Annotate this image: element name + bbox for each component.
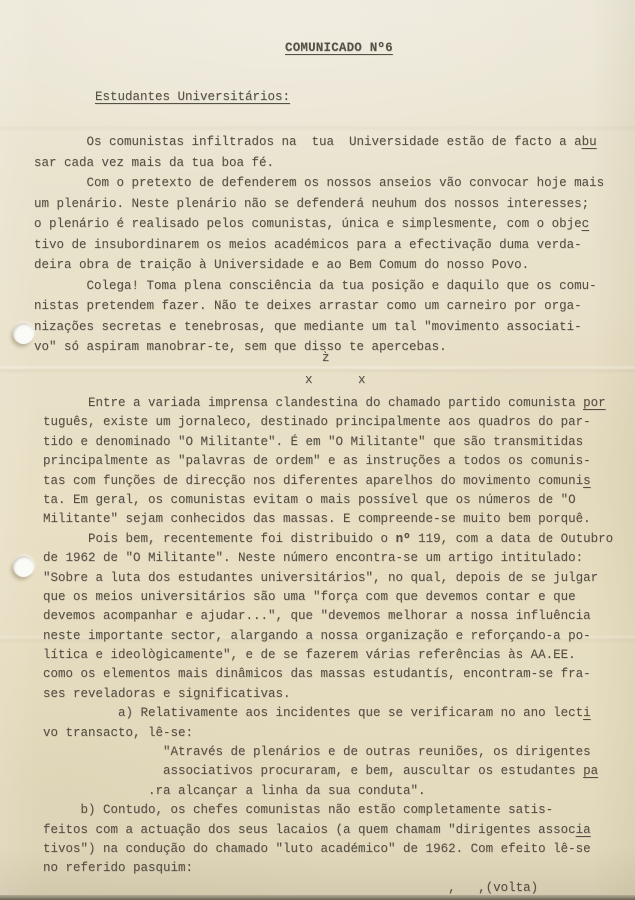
text-line: tivos") na condução do chamado "luto aca… [43, 840, 613, 859]
text-segment: Os comunistas infiltrados na tua Univers… [34, 135, 582, 149]
text-line: no referido pasquim: [43, 859, 613, 878]
paragraph-block-top: Os comunistas infiltrados na tua Univers… [34, 132, 604, 358]
text-segment: tuguês, existe um jornaleco, destinado p… [43, 415, 591, 429]
text-line: vo transacto, lê-se: [43, 724, 613, 743]
text-segment: de 1962 de "O Militante". Neste número e… [43, 551, 583, 565]
punch-hole [13, 323, 34, 344]
text-line: ta. Em geral, os comunistas evitam o mai… [43, 491, 613, 510]
text-segment: vo" só aspiram manobrar-te, sem que diss… [34, 340, 447, 354]
text-line: Militante" sejam conhecidos das massas. … [43, 510, 613, 529]
text-segment: nistas pretendem fazer. Não te deixes ar… [34, 299, 582, 313]
underlined-word-break-segment: ia [576, 823, 591, 837]
paragraph-block-bottom: Entre a variada imprensa clandestina do … [43, 394, 613, 898]
text-line: tuguês, existe um jornaleco, destinado p… [43, 413, 613, 432]
text-segment: no referido pasquim: [43, 861, 193, 875]
text-segment: um plenário. Neste plenário não se defen… [34, 197, 589, 211]
text-segment: a) Relativamente aos incidentes que se v… [43, 706, 583, 720]
text-line: devemos acompanhar e ajudar...", que "de… [43, 607, 613, 626]
text-segment: o plenário é realisado pelos comunistas,… [34, 217, 582, 231]
text-line: tas com funções de direcção nos diferent… [43, 472, 613, 491]
text-line: associativos procuraram, e bem, ausculta… [43, 762, 613, 781]
underlined-word-break-segment: i [583, 706, 591, 720]
text-line: Pois bem, recentemente foi distribuido o… [43, 530, 613, 549]
text-segment: sar cada vez mais da tua boa fé. [34, 156, 274, 170]
text-line: um plenário. Neste plenário não se defen… [34, 194, 604, 215]
text-segment: .ra alcançar a linha da sua conduta". [43, 784, 426, 798]
text-segment: lítica e ideològicamente", e de se fazer… [43, 648, 576, 662]
text-line: tido e denominado "O Militante". É em "O… [43, 433, 613, 452]
text-segment: "Sobre a luta dos estudantes universitár… [43, 571, 598, 585]
text-segment: deira obra de traição à Universidade e a… [34, 258, 529, 272]
text-segment: devemos acompanhar e ajudar...", que "de… [43, 609, 591, 623]
document-title: COMUNICADO Nº6 [285, 41, 393, 55]
text-line: neste importante sector, alargando a nos… [43, 627, 613, 646]
text-line: feitos com a actuação dos seus lacaios (… [43, 821, 613, 840]
scan-bottom-edge [0, 895, 635, 900]
text-line: tivo de insubordinarem os meios académic… [34, 235, 604, 256]
text-line: Com o pretexto de defenderem os nossos a… [34, 173, 604, 194]
text-segment: que os meios universitários são uma "for… [43, 590, 576, 604]
text-segment: Com o pretexto de defenderem os nossos a… [34, 176, 604, 190]
text-segment: feitos com a actuação dos seus lacaios (… [43, 823, 576, 837]
text-segment: Militante" sejam conhecidos das massas. … [43, 512, 591, 526]
text-segment: associativos procuraram, e bem, ausculta… [43, 764, 583, 778]
underlined-word-break-segment: s [583, 474, 591, 488]
text-segment: Pois bem, recentemente foi distribuido o [43, 532, 396, 546]
text-line: Os comunistas infiltrados na tua Univers… [34, 132, 604, 153]
underlined-word-break-segment: c [582, 217, 590, 231]
text-line: a) Relativamente aos incidentes que se v… [43, 704, 613, 723]
underlined-word-break-segment: por [583, 396, 606, 410]
section-separator-mark: x [305, 373, 313, 387]
text-segment: tivo de insubordinarem os meios académic… [34, 238, 582, 252]
text-segment: neste importante sector, alargando a nos… [43, 629, 591, 643]
text-line: como os elementos mais dinâmicos das mas… [43, 665, 613, 684]
text-line: de 1962 de "O Militante". Neste número e… [43, 549, 613, 568]
text-segment: Entre a variada imprensa clandestina do … [43, 396, 583, 410]
text-segment: nizações secretas e tenebrosas, que medi… [34, 320, 582, 334]
text-line: ses reveladoras e significativas. [43, 685, 613, 704]
text-segment: b) Contudo, os chefes comunistas não est… [43, 803, 553, 817]
text-line: principalmente as "palavras de ordem" e … [43, 452, 613, 471]
scanned-document-sheet: COMUNICADO Nº6 Estudantes Universitários… [0, 0, 635, 900]
section-separator-mark: x [358, 373, 366, 387]
text-line: lítica e ideològicamente", e de se fazer… [43, 646, 613, 665]
text-line: b) Contudo, os chefes comunistas não est… [43, 801, 613, 820]
text-segment: ses reveladoras e significativas. [43, 687, 291, 701]
bold-segment: nº [396, 532, 411, 546]
section-separator-mark: z̀ [322, 351, 330, 365]
text-line: que os meios universitários são uma "for… [43, 588, 613, 607]
text-segment: tivos") na condução do chamado "luto aca… [43, 842, 591, 856]
text-segment: "Através de plenários e de outras reuniõ… [43, 745, 591, 759]
text-line: Entre a variada imprensa clandestina do … [43, 394, 613, 413]
text-line: o plenário é realisado pelos comunistas,… [34, 214, 604, 235]
text-segment: ta. Em geral, os comunistas evitam o mai… [43, 493, 576, 507]
text-line: sar cada vez mais da tua boa fé. [34, 153, 604, 174]
underlined-word-break-segment: pa [583, 764, 598, 778]
text-segment: vo transacto, lê-se: [43, 726, 193, 740]
text-segment: tas com funções de direcção nos diferent… [43, 474, 583, 488]
text-line: "Sobre a luta dos estudantes universitár… [43, 569, 613, 588]
punch-hole [13, 556, 34, 577]
text-segment: tido e denominado "O Militante". É em "O… [43, 435, 583, 449]
text-line: nistas pretendem fazer. Não te deixes ar… [34, 296, 604, 317]
text-line: nizações secretas e tenebrosas, que medi… [34, 317, 604, 338]
text-segment: 119, com a data de Outubro [411, 532, 614, 546]
text-line: Colega! Toma plena consciência da tua po… [34, 276, 604, 297]
text-line: deira obra de traição à Universidade e a… [34, 255, 604, 276]
text-segment: como os elementos mais dinâmicos das mas… [43, 667, 591, 681]
text-line: "Através de plenários e de outras reuniõ… [43, 743, 613, 762]
text-line: .ra alcançar a linha da sua conduta". [43, 782, 613, 801]
underlined-word-break-segment: bu [582, 135, 597, 149]
text-segment: , ,(volta) [43, 881, 538, 895]
text-segment: principalmente as "palavras de ordem" e … [43, 454, 591, 468]
text-segment: Colega! Toma plena consciência da tua po… [34, 279, 597, 293]
document-heading: Estudantes Universitários: [95, 90, 290, 104]
text-line: vo" só aspiram manobrar-te, sem que diss… [34, 337, 604, 358]
